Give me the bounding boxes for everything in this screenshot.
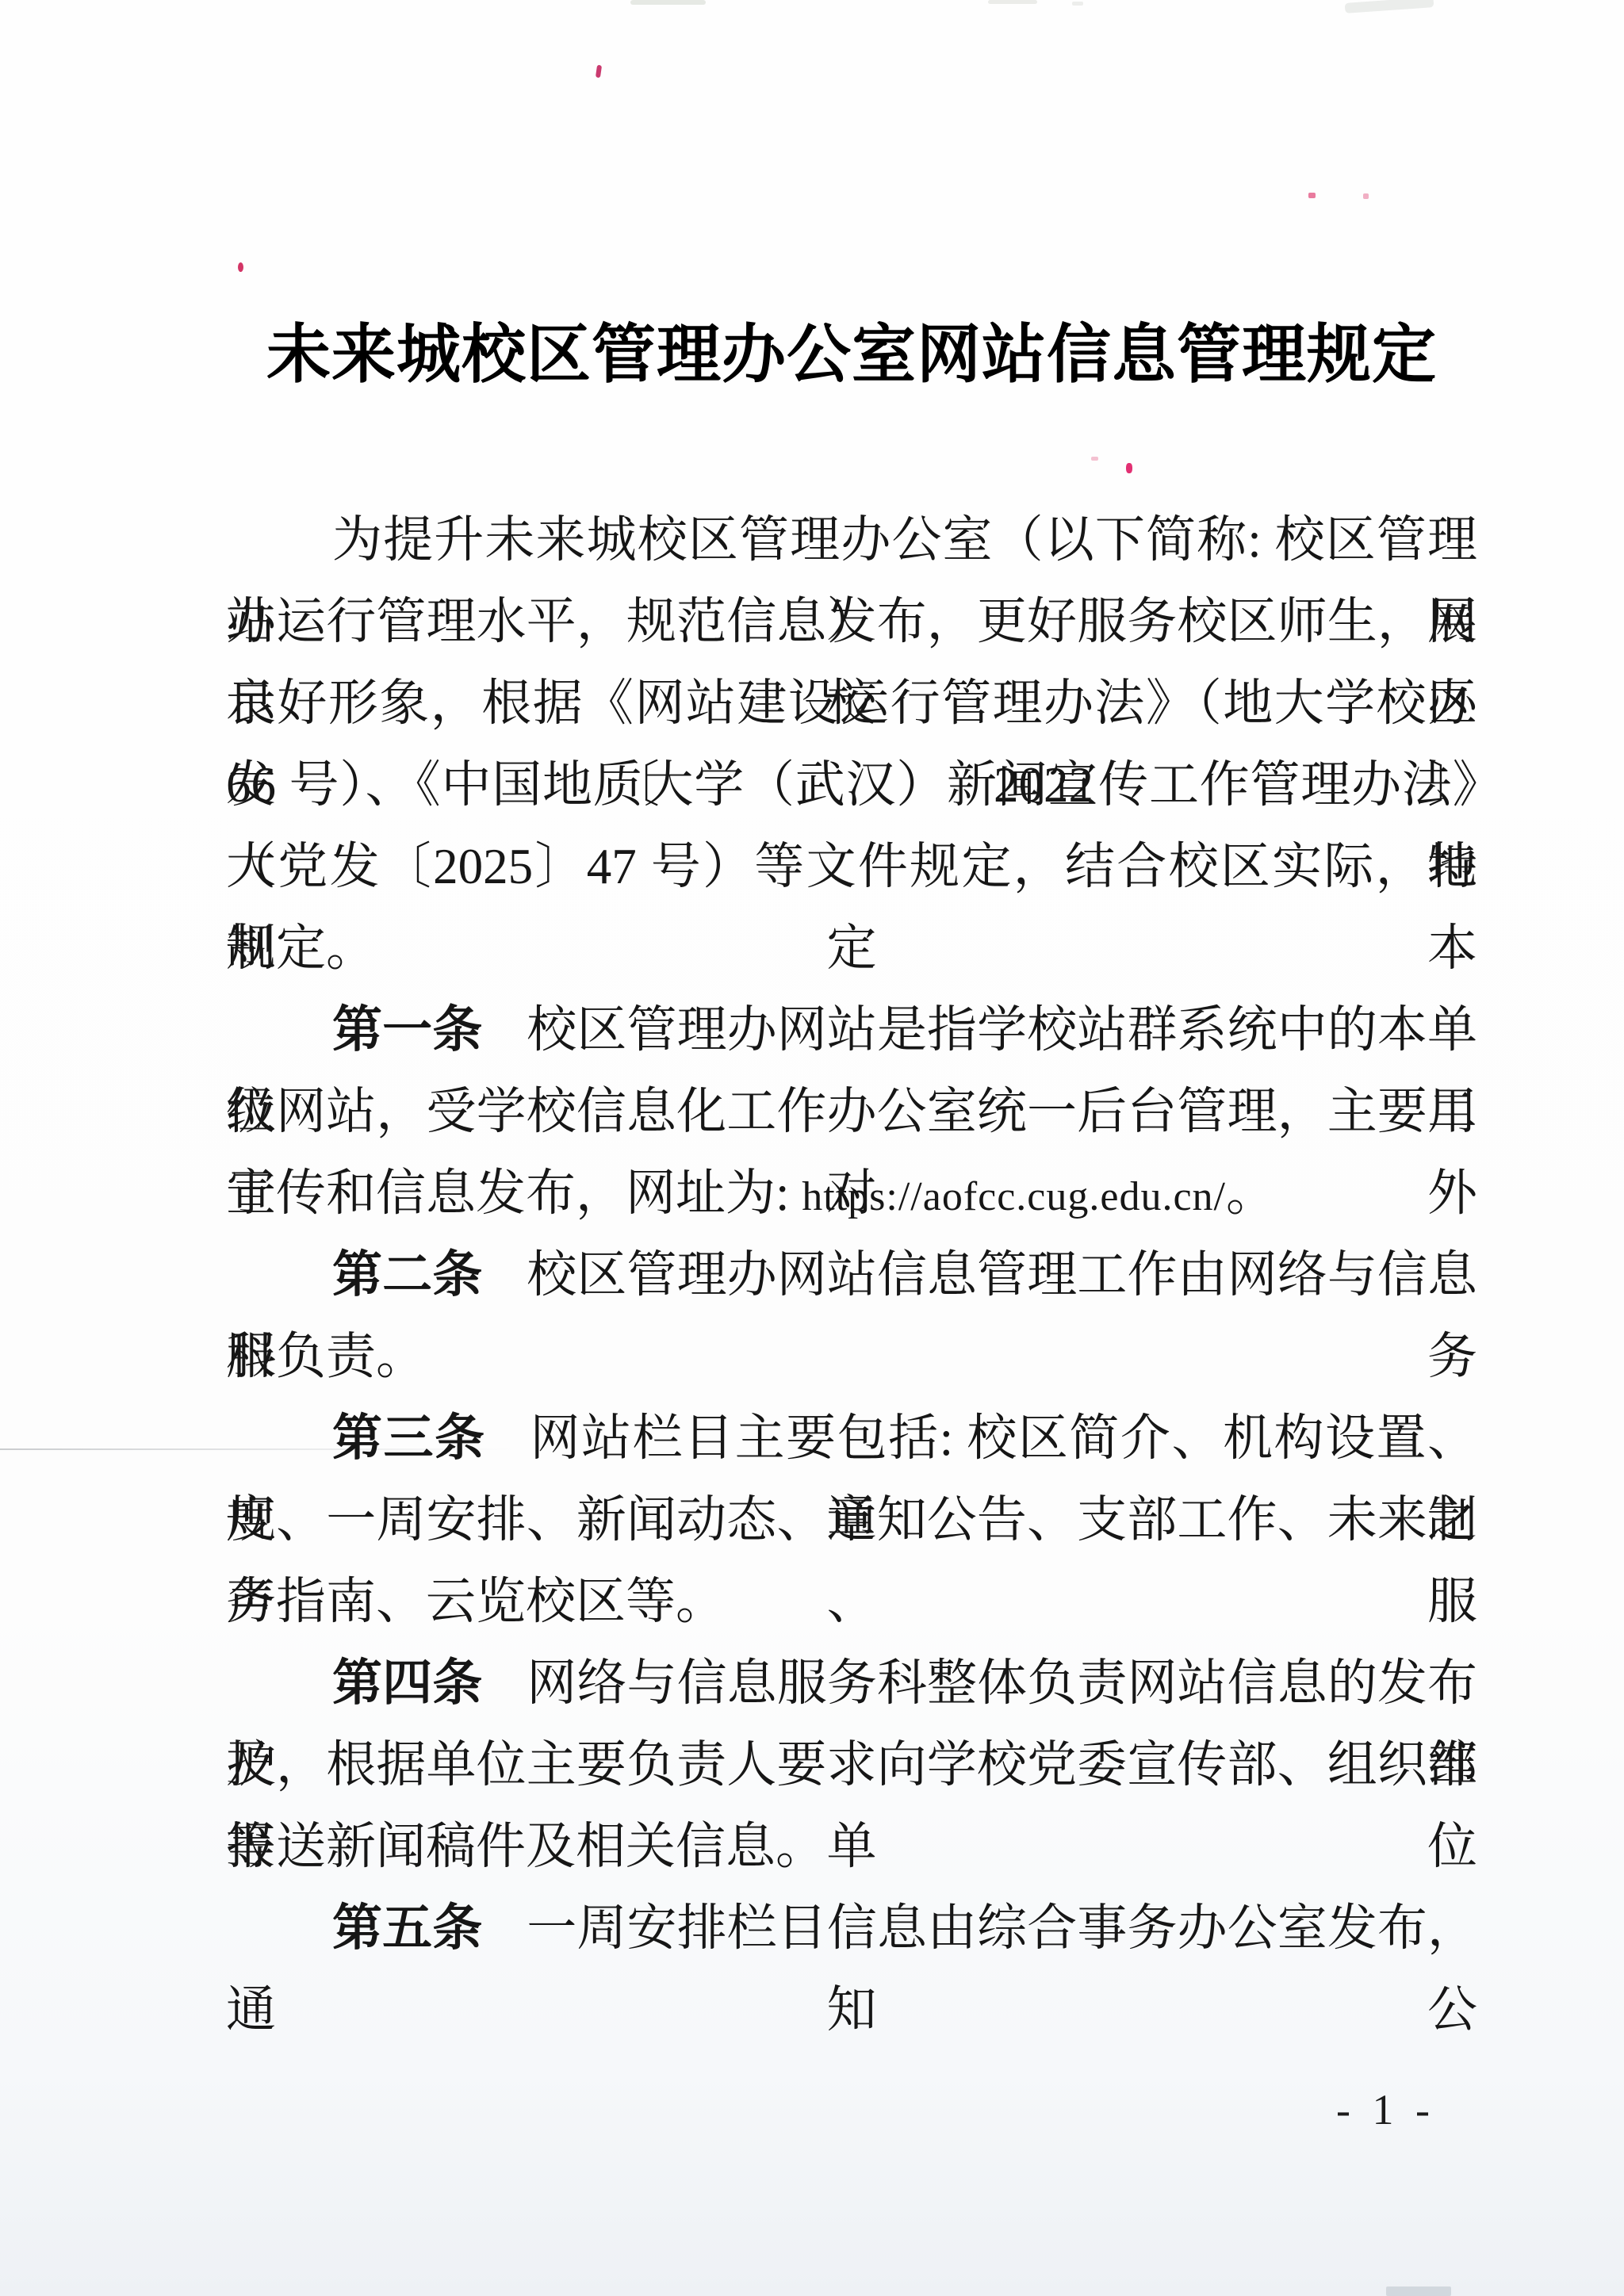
text-line: 第四条网络与信息服务科整体负责网站信息的发布及维 [226,1643,1477,1724]
text-line: 大党发〔2025〕47 号）等文件规定，结合校区实际，特制定本 [226,826,1477,908]
page-number: - 1 - [1336,2085,1435,2134]
article-number: 第二条 [332,1247,482,1303]
scanner-edge-smudge [1072,2,1083,6]
red-ink-dot [238,262,243,272]
text-line: 66 号）、《中国地质大学（武汉）新闻宣传工作管理办法》（地 [226,744,1477,826]
website-url: https://aofcc.cug.edu.cn/ [802,1174,1226,1219]
line-text: 报送新闻稿件及相关信息。 [226,1819,825,1874]
text-line: 第二条校区管理办网站信息管理工作由网络与信息服务 [226,1234,1477,1316]
text-line: 第三条网站栏目主要包括: 校区简介、机构设置、规章制 [226,1398,1477,1479]
article-number: 第五条 [332,1900,482,1956]
line-text: 大党发〔2025〕47 号）等文件规定，结合校区实际，特制定本 [226,839,1477,976]
line-text: 务指南、云览校区等。 [226,1574,726,1629]
pink-ink-dot [1126,463,1132,473]
red-ink-speck [1363,193,1369,199]
scanner-edge-smudge [630,0,706,5]
text-line: 为提升未来城校区管理办公室（以下简称: 校区管理办）网 [226,499,1477,581]
line-text: 科负责。 [226,1329,426,1384]
text-line: 良好形象，根据《网站建设运行管理办法》（地大学校办发〔2022〕 [226,663,1477,744]
line-text: 宣传和信息发布，网址为: [226,1165,802,1221]
text-line: 站运行管理水平，规范信息发布，更好服务校区师生，展示校区 [226,581,1477,663]
text-line: 第一条校区管理办网站是指学校站群系统中的本单位二 [226,989,1477,1071]
text-line: 第五条一周安排栏目信息由综合事务办公室发布，通知公 [226,1888,1477,1969]
text-line: 度、一周安排、新闻动态、通知公告、支部工作、未来之声、服 [226,1479,1477,1561]
line-text: 规定。 [226,920,376,976]
pink-ink-dash [1091,457,1098,461]
text-line: 级网站，受学校信息化工作办公室统一后台管理，主要用于对外 [226,1071,1477,1153]
red-ink-dash [596,65,602,78]
bottom-edge-smudge [1386,2286,1451,2296]
article-number: 第一条 [332,1002,482,1058]
text-line: 护，根据单位主要负责人要求向学校党委宣传部、组织部等单位 [226,1724,1477,1806]
red-ink-speck [1308,193,1316,198]
article-number: 第三条 [332,1410,486,1466]
article-number: 第四条 [332,1655,482,1711]
scanned-page: 未来城校区管理办公室网站信息管理规定 为提升未来城校区管理办公室（以下简称: 校… [0,0,1624,2296]
line-text-tail: 。 [1226,1165,1276,1221]
document-title: 未来城校区管理办公室网站信息管理规定 [226,304,1477,396]
scanner-edge-smudge [1345,0,1434,13]
scanner-edge-smudge [988,0,1037,4]
document-body: 为提升未来城校区管理办公室（以下简称: 校区管理办）网站运行管理水平，规范信息发… [226,499,1477,1969]
